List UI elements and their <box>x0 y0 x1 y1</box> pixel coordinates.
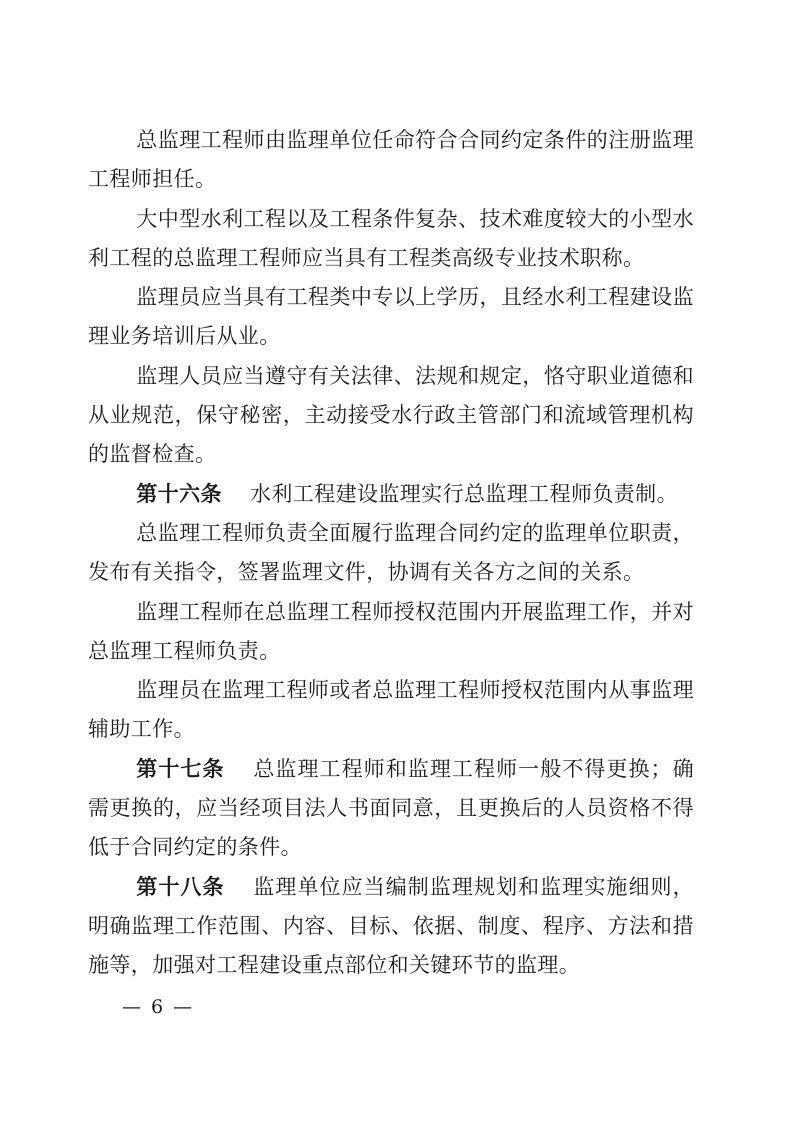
page-number: — 6 — <box>122 996 194 1018</box>
paragraph: 监理工程师在总监理工程师授权范围内开展监理工作，并对总监理工程师负责。 <box>88 593 694 672</box>
paragraph: 监理人员应当遵守有关法律、法规和规定，恪守职业道德和从业规范，保守秘密，主动接受… <box>88 357 694 475</box>
paragraph-text: 监理员在监理工程师或者总监理工程师授权范围内从事监理辅助工作。 <box>88 678 694 741</box>
paragraph: 监理员应当具有工程类中专以上学历，且经水利工程建设监理业务培训后从业。 <box>88 278 694 357</box>
document-page: 总监理工程师由监理单位任命符合合同约定条件的注册监理工程师担任。 大中型水利工程… <box>0 0 794 1122</box>
paragraph-text: 大中型水利工程以及工程条件复杂、技术难度较大的小型水利工程的总监理工程师应当具有… <box>88 207 694 270</box>
article-number: 第十六条 <box>136 482 222 506</box>
paragraph-text: 水利工程建设监理实行总监理工程师负责制。 <box>250 482 678 506</box>
paragraph: 监理员在监理工程师或者总监理工程师授权范围内从事监理辅助工作。 <box>88 671 694 750</box>
paragraph: 第十七条 总监理工程师和监理工程师一般不得更换；确需更换的，应当经项目法人书面同… <box>88 750 694 868</box>
paragraph: 第十六条 水利工程建设监理实行总监理工程师负责制。 <box>88 475 694 514</box>
article-number: 第十七条 <box>136 757 224 781</box>
paragraph-text: 总监理工程师负责全面履行监理合同约定的监理单位职责，发布有关指令，签署监理文件，… <box>88 521 694 584</box>
paragraph: 大中型水利工程以及工程条件复杂、技术难度较大的小型水利工程的总监理工程师应当具有… <box>88 200 694 279</box>
document-body: 总监理工程师由监理单位任命符合合同约定条件的注册监理工程师担任。 大中型水利工程… <box>88 121 694 986</box>
paragraph-text: 监理人员应当遵守有关法律、法规和规定，恪守职业道德和从业规范，保守秘密，主动接受… <box>88 364 694 467</box>
article-number: 第十八条 <box>136 875 224 899</box>
paragraph: 第十八条 监理单位应当编制监理规划和监理实施细则，明确监理工作范围、内容、目标、… <box>88 868 694 986</box>
paragraph-text: 监理员应当具有工程类中专以上学历，且经水利工程建设监理业务培训后从业。 <box>88 285 694 348</box>
paragraph-text: 总监理工程师由监理单位任命符合合同约定条件的注册监理工程师担任。 <box>88 128 694 191</box>
paragraph: 总监理工程师负责全面履行监理合同约定的监理单位职责，发布有关指令，签署监理文件，… <box>88 514 694 593</box>
paragraph-text: 监理工程师在总监理工程师授权范围内开展监理工作，并对总监理工程师负责。 <box>88 600 694 663</box>
paragraph: 总监理工程师由监理单位任命符合合同约定条件的注册监理工程师担任。 <box>88 121 694 200</box>
